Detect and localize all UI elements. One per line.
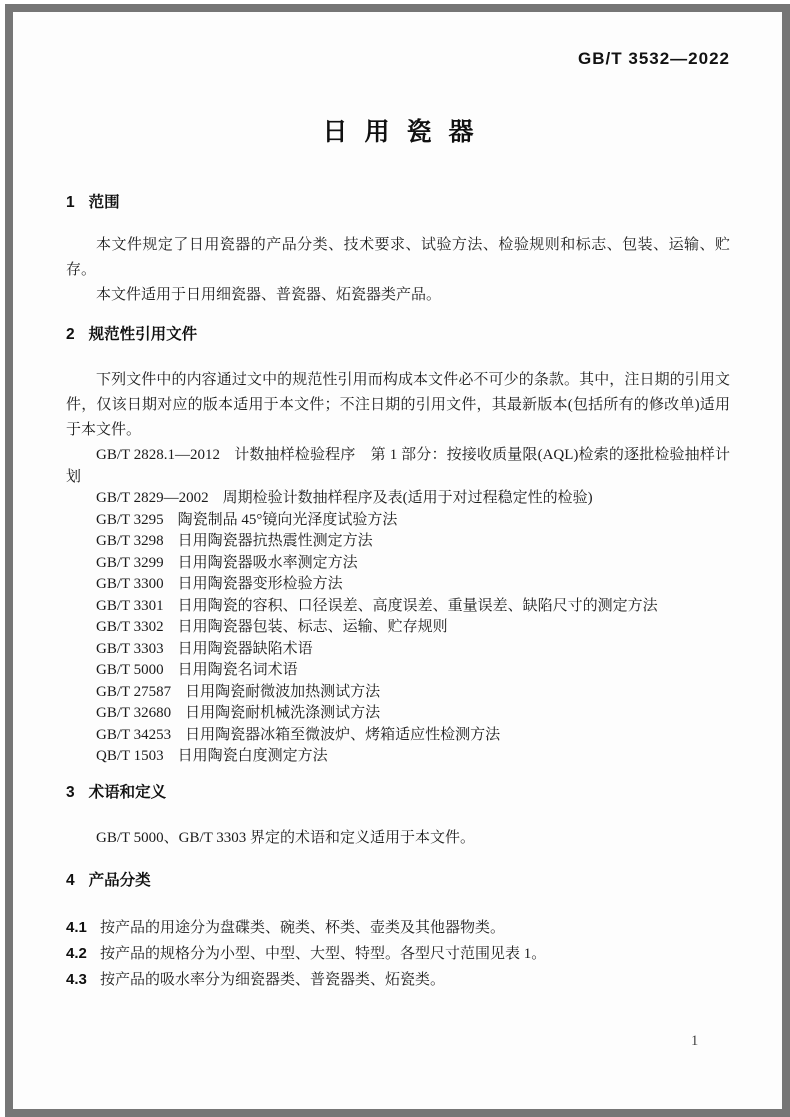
reference-item: GB/T 3299日用陶瓷器吸水率测定方法 <box>66 553 730 575</box>
reference-item: GB/T 3301日用陶瓷的容积、口径误差、高度误差、重量误差、缺陷尺寸的测定方… <box>66 596 730 618</box>
reference-title: 陶瓷制品 45°镜向光泽度试验方法 <box>178 512 398 528</box>
normative-refs-intro: 下列文件中的内容通过文中的规范性引用而构成本文件必不可少的条款。其中，注日期的引… <box>66 368 730 443</box>
reference-code: GB/T 3295 <box>96 512 164 528</box>
page-number: 1 <box>691 1033 698 1050</box>
section-1-title: 范围 <box>89 194 120 211</box>
terms-paragraph: GB/T 5000、GB/T 3303 界定的术语和定义适用于本文件。 <box>66 826 730 851</box>
reference-code: GB/T 5000 <box>96 662 164 678</box>
clause-4-1-number: 4.1 <box>66 915 100 940</box>
reference-title: 周期检验计数抽样程序及表(适用于对过程稳定性的检验) <box>223 490 593 506</box>
clause-4-3-number: 4.3 <box>66 967 100 992</box>
scope-paragraph-2: 本文件适用于日用细瓷器、普瓷器、炻瓷器类产品。 <box>66 283 730 308</box>
reference-code: GB/T 3301 <box>96 598 164 614</box>
section-4-heading: 4产品分类 <box>66 872 730 889</box>
section-3-title: 术语和定义 <box>89 784 167 801</box>
reference-code: GB/T 3299 <box>96 555 164 571</box>
reference-item: GB/T 3298日用陶瓷器抗热震性测定方法 <box>66 531 730 553</box>
reference-code: GB/T 3302 <box>96 619 164 635</box>
reference-title: 日用陶瓷器包装、标志、运输、贮存规则 <box>178 619 448 635</box>
normative-references-list: GB/T 2828.1—2012计数抽样检验程序 第 1 部分：按接收质量限(A… <box>66 445 730 768</box>
clause-4-2: 4.2按产品的规格分为小型、中型、大型、特型。各型尺寸范围见表 1。 <box>66 941 730 967</box>
clause-4-2-number: 4.2 <box>66 941 100 966</box>
reference-item: GB/T 3295陶瓷制品 45°镜向光泽度试验方法 <box>66 510 730 532</box>
standard-number: GB/T 3532—2022 <box>66 49 730 69</box>
reference-item: GB/T 3302日用陶瓷器包装、标志、运输、贮存规则 <box>66 617 730 639</box>
reference-item: GB/T 2829—2002周期检验计数抽样程序及表(适用于对过程稳定性的检验) <box>66 488 730 510</box>
scanned-page-canvas: GB/T 3532—2022 日用瓷器 1范围 本文件规定了日用瓷器的产品分类、… <box>0 0 790 1117</box>
reference-title: 日用陶瓷名词术语 <box>178 662 298 678</box>
reference-item: QB/T 1503日用陶瓷白度测定方法 <box>66 746 730 768</box>
section-3-heading: 3术语和定义 <box>66 784 730 801</box>
reference-title: 日用陶瓷器缺陷术语 <box>178 641 313 657</box>
reference-code: GB/T 3300 <box>96 576 164 592</box>
clause-4-2-text: 按产品的规格分为小型、中型、大型、特型。各型尺寸范围见表 1。 <box>100 946 546 962</box>
reference-code: GB/T 32680 <box>96 705 171 721</box>
clause-4-1: 4.1按产品的用途分为盘碟类、碗类、杯类、壶类及其他器物类。 <box>66 915 730 941</box>
reference-item: GB/T 3303日用陶瓷器缺陷术语 <box>66 639 730 661</box>
reference-code: GB/T 34253 <box>96 727 171 743</box>
reference-title: 日用陶瓷器吸水率测定方法 <box>178 555 358 571</box>
reference-item: GB/T 27587日用陶瓷耐微波加热测试方法 <box>66 682 730 704</box>
reference-item: GB/T 2828.1—2012计数抽样检验程序 第 1 部分：按接收质量限(A… <box>66 445 730 488</box>
reference-code: GB/T 2829—2002 <box>96 490 209 506</box>
reference-item: GB/T 32680日用陶瓷耐机械洗涤测试方法 <box>66 703 730 725</box>
reference-code: GB/T 3298 <box>96 533 164 549</box>
section-3-number: 3 <box>66 784 75 801</box>
reference-code: GB/T 27587 <box>96 684 171 700</box>
reference-title: 日用陶瓷的容积、口径误差、高度误差、重量误差、缺陷尺寸的测定方法 <box>178 598 658 614</box>
reference-code: GB/T 2828.1—2012 <box>96 447 220 463</box>
scope-paragraph-1: 本文件规定了日用瓷器的产品分类、技术要求、试验方法、检验规则和标志、包装、运输、… <box>66 233 730 283</box>
section-2-title: 规范性引用文件 <box>89 326 198 343</box>
clause-4-3-text: 按产品的吸水率分为细瓷器类、普瓷器类、炻瓷类。 <box>100 972 445 988</box>
reference-title: 日用陶瓷白度测定方法 <box>178 748 328 764</box>
reference-title: 日用陶瓷器抗热震性测定方法 <box>178 533 373 549</box>
section-1-heading: 1范围 <box>66 194 730 211</box>
reference-item: GB/T 3300日用陶瓷器变形检验方法 <box>66 574 730 596</box>
section-2-number: 2 <box>66 326 75 343</box>
reference-item: GB/T 34253日用陶瓷器冰箱至微波炉、烤箱适应性检测方法 <box>66 725 730 747</box>
reference-title: 日用陶瓷器冰箱至微波炉、烤箱适应性检测方法 <box>185 727 500 743</box>
section-4-number: 4 <box>66 872 75 889</box>
document-page: GB/T 3532—2022 日用瓷器 1范围 本文件规定了日用瓷器的产品分类、… <box>5 4 790 1117</box>
document-title: 日用瓷器 <box>66 120 730 144</box>
reference-title: 日用陶瓷耐微波加热测试方法 <box>185 684 380 700</box>
reference-title: 日用陶瓷耐机械洗涤测试方法 <box>185 705 380 721</box>
reference-code: QB/T 1503 <box>96 748 164 764</box>
reference-item: GB/T 5000日用陶瓷名词术语 <box>66 660 730 682</box>
reference-code: GB/T 3303 <box>96 641 164 657</box>
clause-4-1-text: 按产品的用途分为盘碟类、碗类、杯类、壶类及其他器物类。 <box>100 920 505 936</box>
reference-title: 日用陶瓷器变形检验方法 <box>178 576 343 592</box>
section-4-title: 产品分类 <box>89 872 151 889</box>
section-1-number: 1 <box>66 194 75 211</box>
section-2-heading: 2规范性引用文件 <box>66 326 730 343</box>
clause-4-3: 4.3按产品的吸水率分为细瓷器类、普瓷器类、炻瓷类。 <box>66 967 730 993</box>
classification-clauses: 4.1按产品的用途分为盘碟类、碗类、杯类、壶类及其他器物类。 4.2按产品的规格… <box>66 915 730 993</box>
